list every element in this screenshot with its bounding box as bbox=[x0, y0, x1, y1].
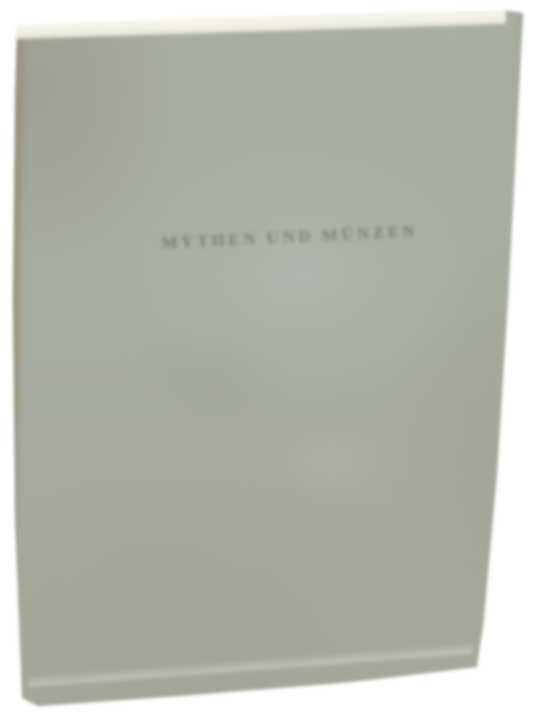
fore-edge-shading bbox=[0, 0, 537, 722]
book-photo: MYTHEN UND MÜNZEN bbox=[0, 0, 537, 722]
photo-background: MYTHEN UND MÜNZEN bbox=[0, 0, 537, 722]
book-outline: MYTHEN UND MÜNZEN bbox=[0, 0, 537, 722]
